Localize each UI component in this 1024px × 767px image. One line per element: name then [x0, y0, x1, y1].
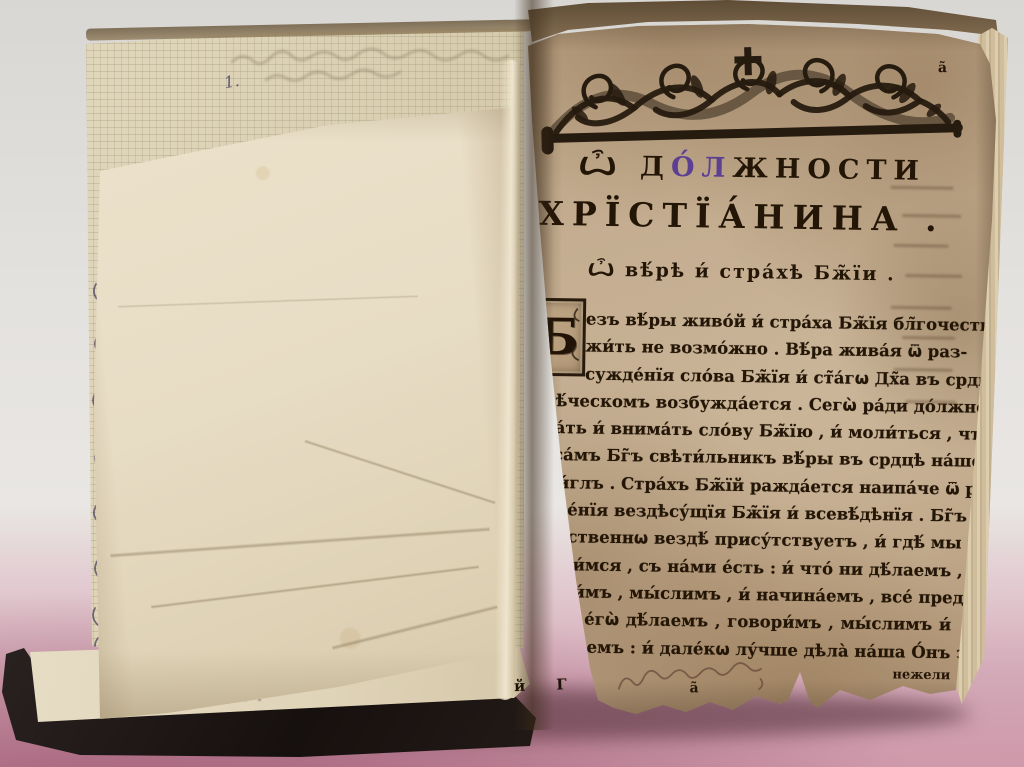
body-line: очи́ма е́гѡ̀ дѣ́лаемъ , говори́мъ , мы́с… [517, 605, 951, 639]
violet-retraced-letters: О́Л [671, 152, 733, 184]
gutter-shadow [514, 0, 554, 730]
verso-ink-showthrough [878, 175, 968, 436]
cross-icon [734, 47, 762, 76]
text-block: а̃ [514, 0, 987, 731]
photo-of-open-old-book: 1. а̃ [0, 0, 1024, 767]
headpiece-ornament [538, 38, 965, 157]
corner-ink-marks: й Г [514, 675, 580, 695]
handwritten-inscription [587, 644, 809, 708]
printed-right-page: а̃ [518, 0, 1010, 724]
blank-left-page [88, 105, 525, 725]
